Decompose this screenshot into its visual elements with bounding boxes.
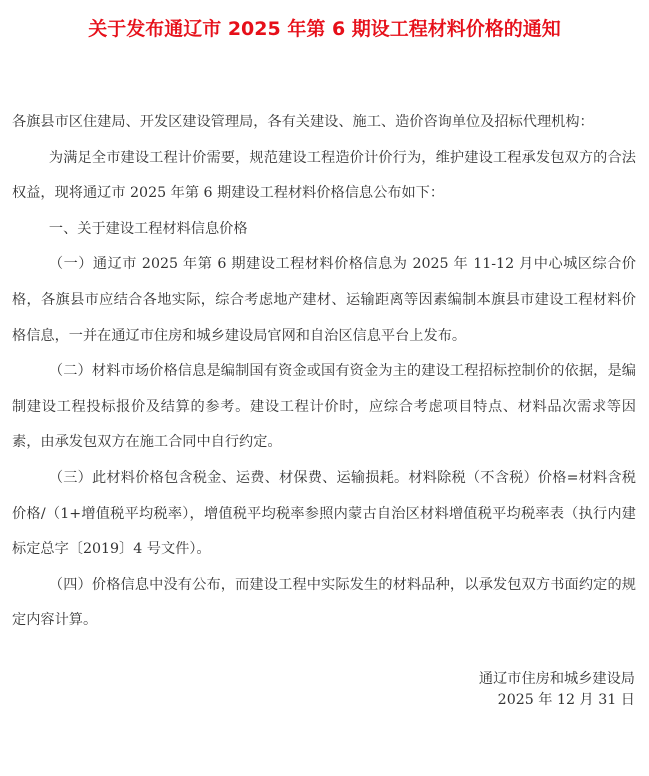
issue-date: 2025 年 12 月 31 日 [479,690,635,711]
salutation: 各旗县市区住建局、开发区建设管理局，各有关建设、施工、造价咨询单位及招标代理机构… [12,105,636,141]
item-paragraph-1: （一）通辽市 2025 年第 6 期建设工程材料价格信息为 2025 年 11-… [12,247,636,354]
intro-paragraph: 为满足全市建设工程计价需要，规范建设工程造价计价行为，维护建设工程承发包双方的合… [12,141,636,212]
item-paragraph-3: （三）此材料价格包含税金、运费、材保费、运输损耗。材料除税（不含税）价格=材料含… [12,461,636,568]
issuer-name: 通辽市住房和城乡建设局 [479,669,635,690]
document-title: 关于发布通辽市 2025 年第 6 期设工程材料价格的通知 [0,14,649,41]
item-paragraph-2: （二）材料市场价格信息是编制国有资金或国有资金为主的建设工程招标控制价的依据，是… [12,354,636,461]
document-body: 各旗县市区住建局、开发区建设管理局，各有关建设、施工、造价咨询单位及招标代理机构… [12,105,636,639]
item-paragraph-4: （四）价格信息中没有公布，而建设工程中实际发生的材料品种，以承发包双方书面约定的… [12,568,636,639]
signature-block: 通辽市住房和城乡建设局 2025 年 12 月 31 日 [479,669,635,711]
section-heading: 一、关于建设工程材料信息价格 [12,212,636,248]
